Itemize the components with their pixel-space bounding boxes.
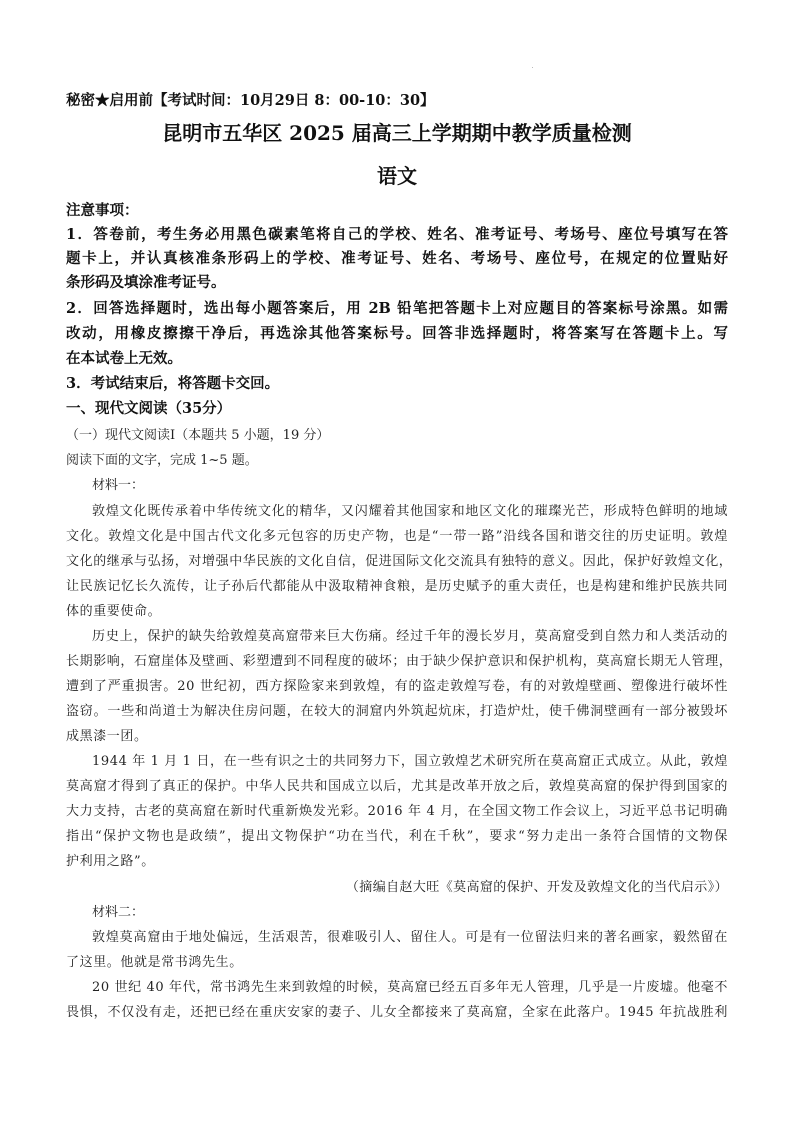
section-heading: 一、现代文阅读（35分） [66, 397, 231, 418]
paragraph-line: 历史上，保护的缺失给敦煌莫高窟带来巨大伤痛。经过千年的漫长岁月，莫高窟受到自然力… [66, 625, 728, 644]
paragraph-line: 长期影响，石窟崖体及壁画、彩塑遭到不同程度的破坏；由于缺少保护意识和保护机构，莫… [66, 650, 728, 669]
paragraph-line: 成黑漆一团。 [66, 725, 728, 744]
notice-line: 条形码及填涂准考证号。 [66, 271, 728, 292]
paragraph-line: 畏惧，不仅没有走，还把已经在重庆安家的妻子、儿女全都接来了莫高窟，全家在此落户。… [66, 1001, 728, 1020]
material-1-source: （摘编自赵大旺《莫高窟的保护、开发及敦煌文化的当代启示》） [346, 876, 728, 895]
material-2-label: 材料二： [92, 901, 144, 920]
paragraph-line: 护利用之路”。 [66, 850, 728, 869]
paragraph-line: 盗窃。一些和尚道士为解决住房问题，在较大的洞窟内外筑起炕床，打造炉灶，使千佛洞壁… [66, 700, 728, 719]
paragraph-line: 文化的继承与弘扬，对增强中华民族的文化自信，促进国际文化交流具有独特的意义。因此… [66, 550, 728, 569]
scan-artifact-dot [532, 67, 533, 68]
notice-line: 2．回答选择题时，选出每小题答案后，用 2B 铅笔把答题卡上对应题目的答案标号涂… [66, 297, 728, 318]
paragraph-line: 了这里。他就是常书鸿先生。 [66, 951, 728, 970]
material-1-label: 材料一： [92, 474, 144, 493]
paragraph-line: 20 世纪 40 年代，常书鸿先生来到敦煌的时候，莫高窟已经五百多年无人管理，几… [66, 976, 728, 995]
paragraph-line: 1944 年 1 月 1 日，在一些有识之士的共同努力下，国立敦煌艺术研究所在莫… [66, 750, 728, 769]
notice-line: 3．考试结束后，将答题卡交回。 [66, 372, 728, 393]
exam-title: 昆明市五华区 2025 届高三上学期期中教学质量检测 [66, 117, 728, 146]
paragraph-line: 敦煌文化既传承着中华传统文化的精华，又闪耀着其他国家和地区文化的璀璨光芒，形成特… [66, 500, 728, 519]
paragraph-line: 指出“保护文物也是政绩”，提出文物保护“功在当代，利在千秋”，要求“努力走出一条… [66, 825, 728, 844]
paragraph-line: 让民族记忆长久流传，让子孙后代都能从中汲取精神食粮，是历史赋予的重大责任，也是构… [66, 575, 728, 594]
notice-line: 在本试卷上无效。 [66, 347, 728, 368]
paragraph-line: 体的重要使命。 [66, 600, 728, 619]
paragraph-line: 文化。敦煌文化是中国古代文化多元包容的历史产物，也是“一带一路”沿线各国和谐交往… [66, 525, 728, 544]
paragraph-line: 莫高窟才得到了真正的保护。中华人民共和国成立以后，尤其是改革开放之后，敦煌莫高窟… [66, 775, 728, 794]
paragraph-line: 大力支持，古老的莫高窟在新时代重新焕发光彩。2016 年 4 月，在全国文物工作… [66, 800, 728, 819]
paragraph-line: 遭到了严重损害。20 世纪初，西方探险家来到敦煌，有的盗走敦煌写卷，有的对敦煌壁… [66, 675, 728, 694]
reading-instruction: 阅读下面的文字，完成 1~5 题。 [66, 449, 258, 468]
notice-line: 题卡上，并认真核准条形码上的学校、准考证号、姓名、考场号、座位号，在规定的位置贴… [66, 247, 728, 268]
notice-heading: 注意事项： [66, 199, 139, 220]
paragraph-line: 敦煌莫高窟由于地处偏远，生活艰苦，很难吸引人、留住人。可是有一位留法归来的著名画… [66, 926, 728, 945]
confidential-header: 秘密★启用前【考试时间：10月29日 8：00-10：30】 [66, 89, 435, 110]
notice-line: 改动，用橡皮擦擦干净后，再选涂其他答案标号。回答非选择题时，将答案写在答题卡上。… [66, 322, 728, 343]
subject-title: 语文 [66, 160, 728, 189]
notice-line: 1．答卷前，考生务必用黑色碳素笔将自己的学校、姓名、准考证号、考场号、座位号填写… [66, 223, 728, 244]
subsection-heading: （一）现代文阅读Ⅰ（本题共 5 小题，19 分） [66, 424, 329, 443]
